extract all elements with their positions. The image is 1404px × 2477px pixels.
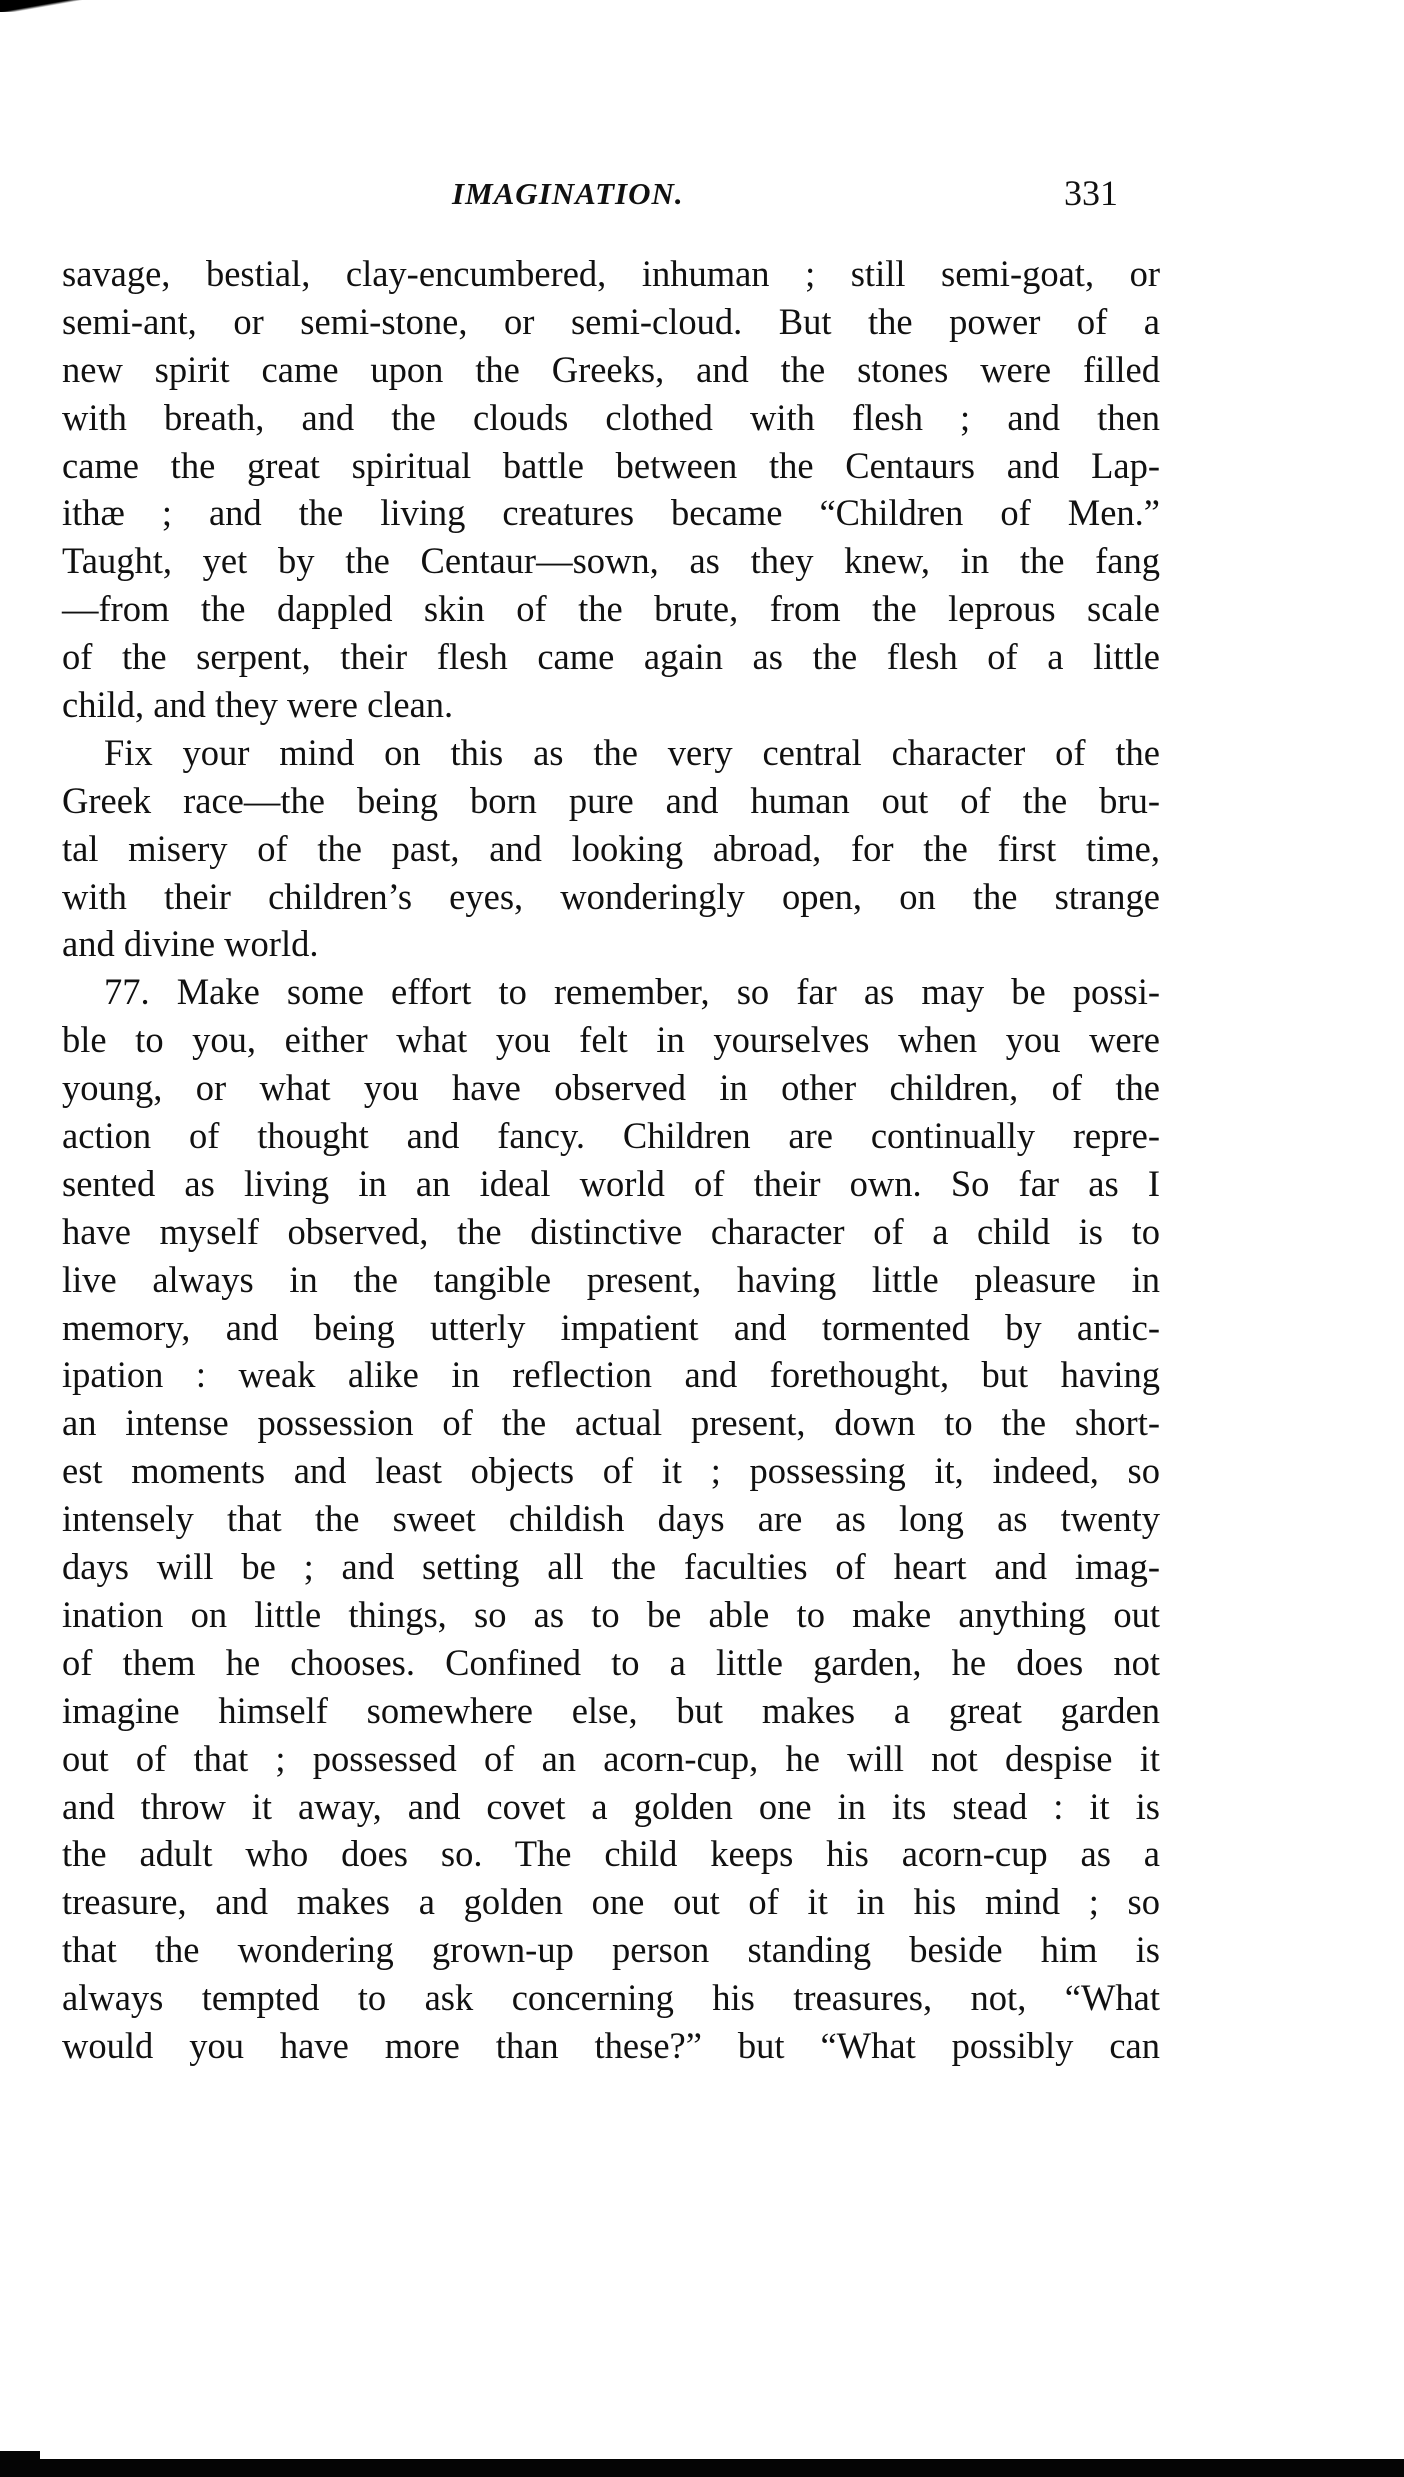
text-line: sented as living in an ideal world of th… [62,1160,1160,1208]
text-line: that the wondering grown-up person stand… [62,1926,1160,1974]
text-line: tal misery of the past, and looking abro… [62,825,1160,873]
paragraph-1: savage, bestial, clay-encumbered, inhuma… [62,250,1160,729]
text-line: out of that ; possessed of an acorn-cup,… [62,1735,1160,1783]
body-text: savage, bestial, clay-encumbered, inhuma… [62,250,1160,2070]
text-line: ithæ ; and the living creatures became “… [62,489,1160,537]
text-line: with their children’s eyes, wonderingly … [62,873,1160,921]
text-line: Fix your mind on this as the very centra… [62,729,1160,777]
text-line: of the serpent, their flesh came again a… [62,633,1160,681]
text-line: —from the dappled skin of the brute, fro… [62,585,1160,633]
running-head: IMAGINATION. 331 [0,172,1404,222]
text-line: and throw it away, and covet a golden on… [62,1783,1160,1831]
text-line: child, and they were clean. [62,681,1160,729]
text-line: ination on little things, so as to be ab… [62,1591,1160,1639]
text-line: 77. Make some effort to remember, so far… [62,968,1160,1016]
text-line: would you have more than these?” but “Wh… [62,2022,1160,2070]
text-line: with breath, and the clouds clothed with… [62,394,1160,442]
scan-bottom-edge [0,2459,1404,2477]
text-line: came the great spiritual battle between … [62,442,1160,490]
text-line: and divine world. [62,920,1160,968]
text-line: memory, and being utterly impatient and … [62,1304,1160,1352]
text-line: always tempted to ask concerning his tre… [62,1974,1160,2022]
page-number: 331 [1064,172,1118,214]
text-line: have myself observed, the distinctive ch… [62,1208,1160,1256]
text-line: action of thought and fancy. Children ar… [62,1112,1160,1160]
text-line: live always in the tangible present, hav… [62,1256,1160,1304]
text-line: Greek race—the being born pure and human… [62,777,1160,825]
running-title: IMAGINATION. [452,176,684,212]
scan-corner-shadow [0,0,84,12]
paragraph-77: 77. Make some effort to remember, so far… [62,968,1160,2069]
text-line: an intense possession of the actual pres… [62,1399,1160,1447]
text-line: days will be ; and setting all the facul… [62,1543,1160,1591]
paragraph-2: Fix your mind on this as the very centra… [62,729,1160,968]
text-line: imagine himself somewhere else, but make… [62,1687,1160,1735]
text-line: Taught, yet by the Centaur—sown, as they… [62,537,1160,585]
text-line: young, or what you have observed in othe… [62,1064,1160,1112]
text-line: semi-ant, or semi-stone, or semi-cloud. … [62,298,1160,346]
text-line: new spirit came upon the Greeks, and the… [62,346,1160,394]
text-line: ipation : weak alike in reflection and f… [62,1351,1160,1399]
text-line: treasure, and makes a golden one out of … [62,1878,1160,1926]
text-line: of them he chooses. Confined to a little… [62,1639,1160,1687]
text-line: intensely that the sweet childish days a… [62,1495,1160,1543]
text-line: the adult who does so. The child keeps h… [62,1830,1160,1878]
text-line: savage, bestial, clay-encumbered, inhuma… [62,250,1160,298]
text-line: ble to you, either what you felt in your… [62,1016,1160,1064]
text-line: est moments and least objects of it ; po… [62,1447,1160,1495]
